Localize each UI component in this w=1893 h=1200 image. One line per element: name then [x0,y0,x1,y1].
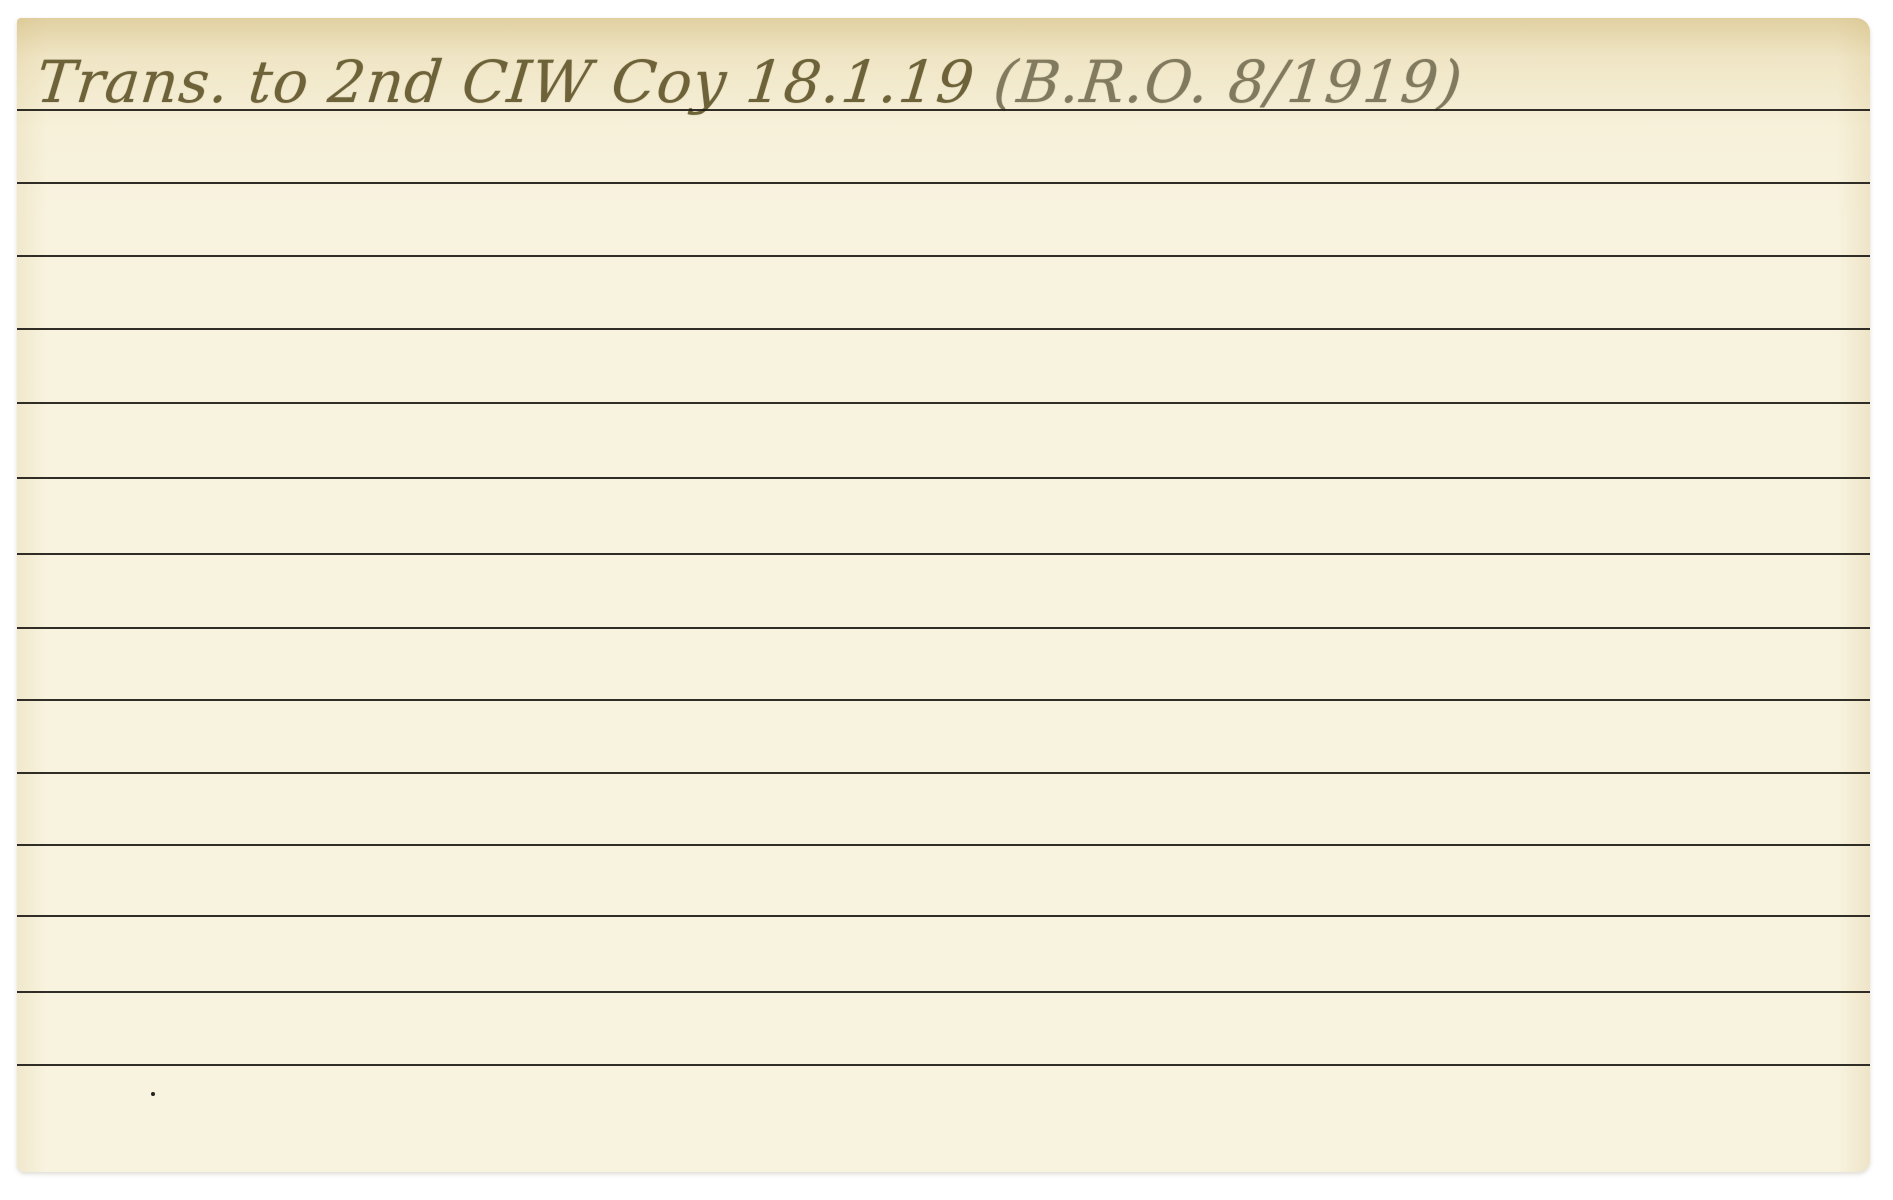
handwritten-entry: Trans. to 2nd CIW Coy 18.1.19 (B.R.O. 8/… [33,48,1466,116]
ruled-line [17,627,1870,629]
ruled-line [17,844,1870,846]
ruled-line [17,772,1870,774]
ruled-line [17,477,1870,479]
ruled-line [17,699,1870,701]
ruled-line [17,109,1870,111]
ruled-line [17,182,1870,184]
ruled-line [17,255,1870,257]
ruled-line [17,1064,1870,1066]
ruled-line [17,915,1870,917]
transfer-note: Trans. to 2nd CIW Coy 18.1.19 [33,48,978,116]
ink-speck [151,1092,155,1096]
ruled-line [17,328,1870,330]
reference-note: (B.R.O. 8/1919) [991,48,1467,116]
ruled-line [17,553,1870,555]
ruled-line [17,991,1870,993]
index-card: Trans. to 2nd CIW Coy 18.1.19 (B.R.O. 8/… [17,18,1870,1172]
ruled-line [17,402,1870,404]
